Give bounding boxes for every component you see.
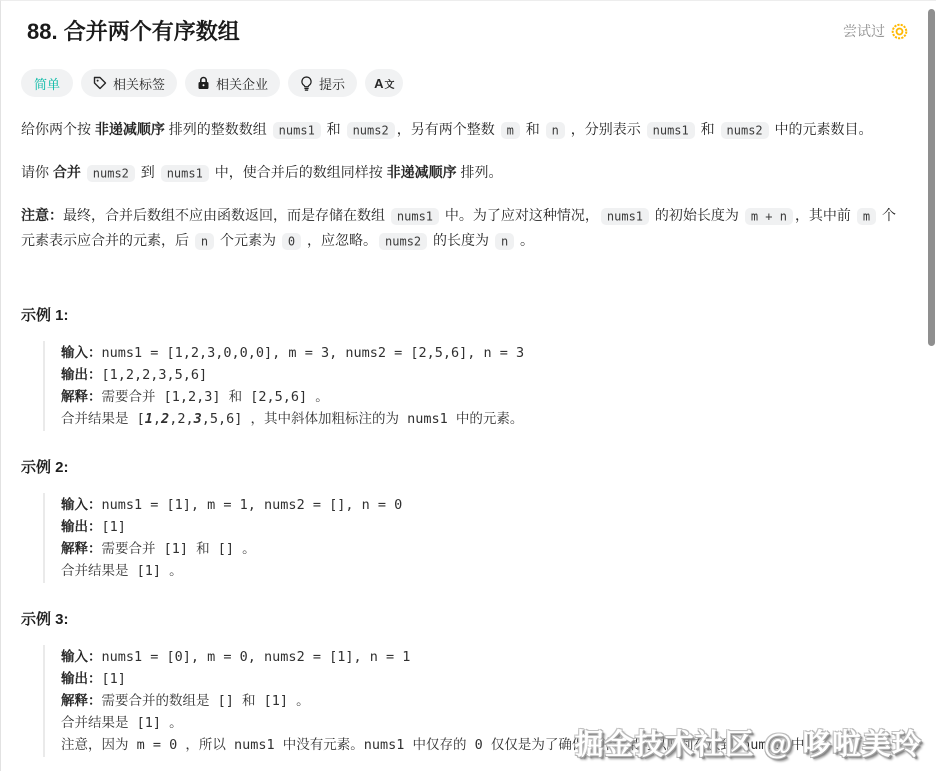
inline-code-chip: n <box>546 122 565 139</box>
text-segment: 合并 <box>53 164 81 180</box>
text-segment: 排列。 <box>457 164 503 180</box>
example-line: 输入：nums1 = [1,2,3,0,0,0], m = 3, nums2 =… <box>61 342 908 364</box>
text-segment: 个元素为 <box>216 232 280 248</box>
inline-code-chip: nums1 <box>161 165 209 182</box>
hints-button[interactable]: 提示 <box>288 69 357 97</box>
example-3-heading: 示例 3: <box>21 611 908 629</box>
inline-code-chip: n <box>495 233 514 250</box>
text-segment: 输入： <box>61 649 102 665</box>
inline-code-chip: nums2 <box>347 122 395 139</box>
example-line: 输入：nums1 = [0], m = 0, nums2 = [1], n = … <box>61 646 908 668</box>
text-segment: 需要合并 [1] 和 [] 。 <box>102 541 256 557</box>
text-segment: 非递减顺序 <box>95 121 165 137</box>
description-paragraph: 请你 合并 nums2 到 nums1 中，使合并后的数组同样按 非递减顺序 排… <box>21 160 908 185</box>
text-segment: 3 <box>194 411 202 427</box>
example-line: 解释：需要合并 [1] 和 [] 。 <box>61 538 908 560</box>
page-title: 88. 合并两个有序数组 <box>27 17 240 47</box>
text-segment: 和 <box>323 121 345 137</box>
description-paragraph: 注意：最终，合并后数组不应由函数返回，而是存储在数组 nums1 中。为了应对这… <box>21 203 908 253</box>
text-segment: 2 <box>161 411 169 427</box>
example-line: 合并结果是 [1] 。 <box>61 560 908 582</box>
text-segment: 非递减顺序 <box>387 164 457 180</box>
text-segment: 解释： <box>61 693 102 709</box>
inline-code-chip: m <box>857 208 876 225</box>
inline-code-chip: nums1 <box>647 122 695 139</box>
title-row: 88. 合并两个有序数组 尝试过 <box>21 15 908 47</box>
text-segment: 到 <box>137 164 159 180</box>
lock-icon <box>197 76 210 90</box>
inline-code-chip: m + n <box>745 208 793 225</box>
text-segment: ，其中前 <box>795 207 855 223</box>
problem-page: 88. 合并两个有序数组 尝试过 简单 <box>0 0 936 771</box>
text-segment: 和 <box>522 121 544 137</box>
text-segment: 1 <box>145 411 153 427</box>
example-1-heading: 示例 1: <box>21 307 908 325</box>
text-segment: 输出： <box>61 671 102 687</box>
text-segment: [1] <box>102 519 126 535</box>
text-segment: 合并结果是 [1] 。 <box>61 715 183 731</box>
text-segment: 中。为了应对这种情况， <box>441 207 599 223</box>
text-segment: 输入： <box>61 497 102 513</box>
example-line: 输出：[1,2,2,3,5,6] <box>61 364 908 386</box>
text-segment: 输出： <box>61 367 102 383</box>
difficulty-badge[interactable]: 简单 <box>21 69 73 97</box>
text-segment: 最终，合并后数组不应由函数返回，而是存储在数组 <box>63 207 389 223</box>
text-segment: 解释： <box>61 541 102 557</box>
text-segment: 合并结果是 [ <box>61 411 145 427</box>
example-line: 输出：[1] <box>61 516 908 538</box>
text-segment: 输入： <box>61 345 102 361</box>
translate-icon: A文 <box>374 76 394 91</box>
text-segment: 中，使合并后的数组同样按 <box>211 164 387 180</box>
example-line: 合并结果是 [1,2,2,3,5,6] ，其中斜体加粗标注的为 nums1 中的… <box>61 408 908 430</box>
inline-code-chip: nums2 <box>87 165 135 182</box>
inline-code-chip: nums2 <box>721 122 769 139</box>
scrollbar-track <box>927 1 936 771</box>
problem-description: 给你两个按 非递减顺序 排列的整数数组 nums1 和 nums2，另有两个整数… <box>21 117 908 253</box>
inline-code-chip: nums2 <box>379 233 427 250</box>
example-line: 输出：[1] <box>61 668 908 690</box>
inline-code-chip: nums1 <box>273 122 321 139</box>
text-segment: 排列的整数数组 <box>165 121 271 137</box>
example-line: 解释：需要合并的数组是 [] 和 [1] 。 <box>61 690 908 712</box>
text-segment: nums1 = [1,2,3,0,0,0], m = 3, nums2 = [2… <box>102 345 525 361</box>
description-paragraph: 给你两个按 非递减顺序 排列的整数数组 nums1 和 nums2，另有两个整数… <box>21 117 908 142</box>
text-segment: ，另有两个整数 <box>397 121 499 137</box>
text-segment: 输出： <box>61 519 102 535</box>
text-segment: 合并结果是 [1] 。 <box>61 563 183 579</box>
text-segment: 解释： <box>61 389 102 405</box>
text-segment: nums1 = [1], m = 1, nums2 = [], n = 0 <box>102 497 403 513</box>
example-2-heading: 示例 2: <box>21 459 908 477</box>
text-segment: 需要合并 [1,2,3] 和 [2,5,6] 。 <box>102 389 329 405</box>
example-2-block: 输入：nums1 = [1], m = 1, nums2 = [], n = 0… <box>43 493 908 583</box>
text-segment: 注意： <box>21 207 63 223</box>
inline-code-chip: nums1 <box>601 208 649 225</box>
text-segment: [1] <box>102 671 126 687</box>
problem-content: 88. 合并两个有序数组 尝试过 简单 <box>1 1 936 757</box>
text-segment: , <box>153 411 161 427</box>
watermark: 掘金技术社区 @ 哆啦美玲 <box>575 722 922 763</box>
inline-code-chip: m <box>501 122 520 139</box>
status-label: 尝试过 <box>843 21 885 41</box>
bulb-icon <box>300 76 313 91</box>
example-line: 输入：nums1 = [1], m = 1, nums2 = [], n = 0 <box>61 494 908 516</box>
text-segment: 。 <box>516 232 534 248</box>
example-1-block: 输入：nums1 = [1,2,3,0,0,0], m = 3, nums2 =… <box>43 341 908 431</box>
translate-toggle-button[interactable]: A文 <box>365 69 403 97</box>
text-segment: [1,2,2,3,5,6] <box>102 367 208 383</box>
inline-code-chip: nums1 <box>391 208 439 225</box>
tag-icon <box>93 76 107 90</box>
example-line: 解释：需要合并 [1,2,3] 和 [2,5,6] 。 <box>61 386 908 408</box>
related-tags-label: 相关标签 <box>113 74 165 93</box>
text-segment: 中的元素数目。 <box>771 121 873 137</box>
status-badge: 尝试过 <box>843 21 908 41</box>
text-segment: nums1 = [0], m = 0, nums2 = [1], n = 1 <box>102 649 411 665</box>
text-segment: ，分别表示 <box>567 121 645 137</box>
attempted-medal-icon <box>891 23 908 40</box>
text-segment: 请你 <box>21 164 53 180</box>
hints-label: 提示 <box>319 74 345 93</box>
text-segment <box>81 164 85 180</box>
text-segment: ，应忽略。 <box>303 232 377 248</box>
scrollbar-thumb[interactable] <box>928 9 935 346</box>
text-segment: 的初始长度为 <box>651 207 743 223</box>
related-companies-button[interactable]: 相关企业 <box>185 69 280 97</box>
text-segment: ,2, <box>169 411 193 427</box>
text-segment: 的长度为 <box>429 232 493 248</box>
text-segment: 和 <box>697 121 719 137</box>
text-segment: ,5,6] ，其中斜体加粗标注的为 nums1 中的元素。 <box>202 411 524 427</box>
text-segment: 需要合并的数组是 [] 和 [1] 。 <box>102 693 310 709</box>
text-segment: 给你两个按 <box>21 121 95 137</box>
related-companies-label: 相关企业 <box>216 74 268 93</box>
inline-code-chip: 0 <box>282 233 301 250</box>
toolbar: 简单 相关标签 相关企业 <box>21 69 908 97</box>
related-tags-button[interactable]: 相关标签 <box>81 69 177 97</box>
inline-code-chip: n <box>195 233 214 250</box>
